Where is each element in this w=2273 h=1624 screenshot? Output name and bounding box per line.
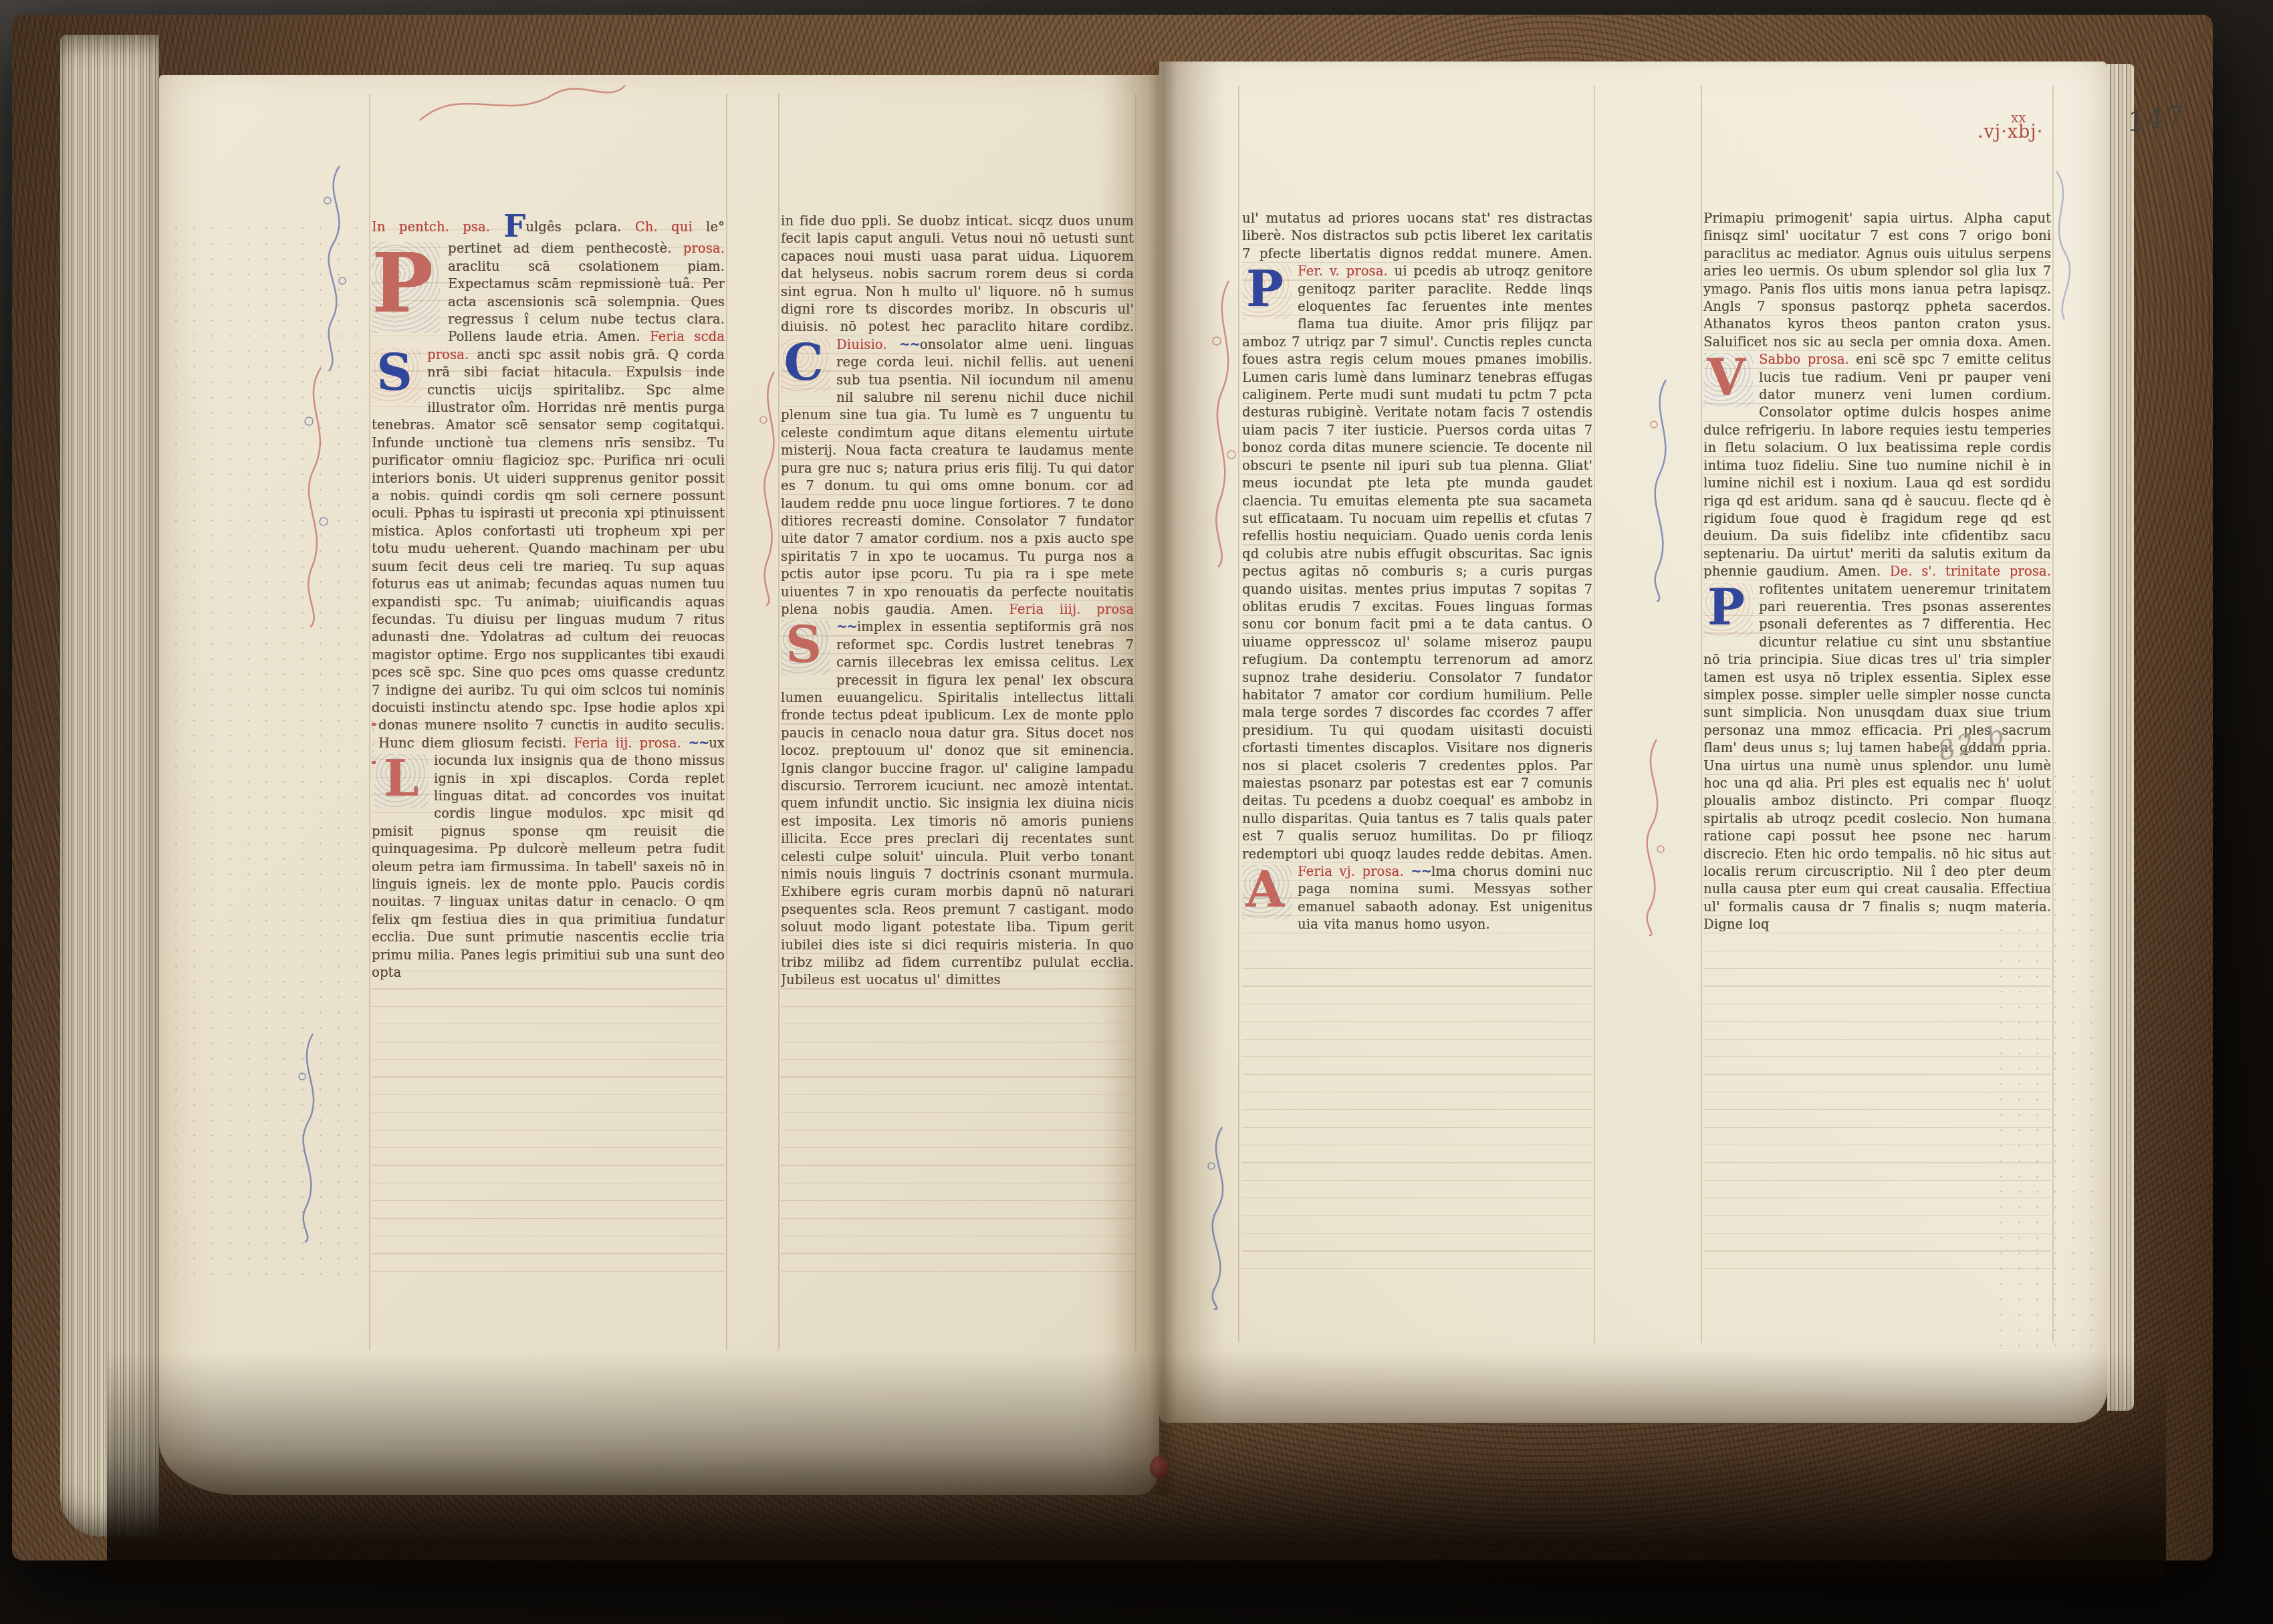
endband [1150,1456,1169,1479]
illuminated-initial: L [374,754,428,808]
illuminated-initial: P [1242,265,1292,319]
illuminated-initial: A [1242,865,1292,919]
ruling-line [1238,86,1239,1343]
body-text: ui pcedis ab utroqz genitore genitoqz pa… [1242,263,1592,861]
text-column-3: ul' mutatus ad priores uocans stat' res … [1242,210,1592,1280]
line-filler: ~~ [899,337,920,352]
body-text: Primapiu primogenit' sapia uirtus. Alpha… [1703,211,2051,350]
line-filler: ~~ [1411,864,1431,879]
illuminated-initial: V [1703,353,1753,407]
body-text: implex in essentia septiformis grā nos r… [781,619,1134,988]
illuminated-initial: C [781,338,830,392]
illuminated-initial: P [1703,583,1753,637]
rubric-text: prosa. [683,241,725,256]
ruling-line [726,94,727,1351]
body-text: onsolator alme ueni. linguas rege corda … [781,337,1134,617]
rubric-text: Sabbo prosa. [1759,352,1856,367]
line-filler: ~~ [688,735,709,751]
ruling-line [2052,86,2054,1343]
body-text: in fide duo ppli. Se duobz inticat. sicq… [781,213,1134,334]
ruling-line [1701,86,1702,1343]
rubric-text: Feria iij. prosa. [574,735,689,751]
ruling-line [778,94,780,1351]
text-column-2: in fide duo ppli. Se duobz inticat. sicq… [781,213,1134,1282]
inline-initial: F [503,213,525,240]
body-text: eni scē spc 7 emitte celitus lucis tue r… [1703,352,2051,579]
quire-mark-main: .vj·xbj· [1978,122,2043,142]
body-text: ulgês pclara. [525,219,635,235]
ruling-line [1594,86,1595,1343]
text-column-1: In pentch. psa. Fulgês pclara. Ch. qui l… [372,213,725,1282]
rubric-text: Feria iiij. prosa [1009,602,1134,617]
rubric-text: In pentch. psa. [372,219,503,235]
line-filler: ~~ [836,619,857,634]
quire-mark: xx .vj·xbj· [1978,111,2078,151]
illuminated-initial: P [372,242,440,333]
illuminated-initial: S [781,620,830,675]
manuscript-photo: { "folio": { "number": "147.", "quire_su… [0,0,2273,1624]
body-text: ul' mutatus ad priores uocans stat' res … [1242,211,1592,261]
body-text: ancti spc assit nobis grā. Q corda nrā s… [372,347,725,733]
illuminated-initial: S [372,348,421,402]
page-edge-stack-left [60,35,159,1536]
rubric-text: Diuisio. [836,337,899,352]
rubric-text: Fer. v. prosa. [1298,263,1395,279]
ruling-line [369,94,370,1351]
page-edge-stack-right [2107,64,2134,1411]
body-text: rofitentes unitatem ueneremur trinitatem… [1703,582,2051,933]
rubric-text: Ch. qui [635,219,706,235]
ruling-line [1135,94,1136,1351]
rubric-text: De. s'. trinitate prosa. [1890,564,2051,579]
rubric-text: Feria vj. prosa. [1298,864,1411,879]
